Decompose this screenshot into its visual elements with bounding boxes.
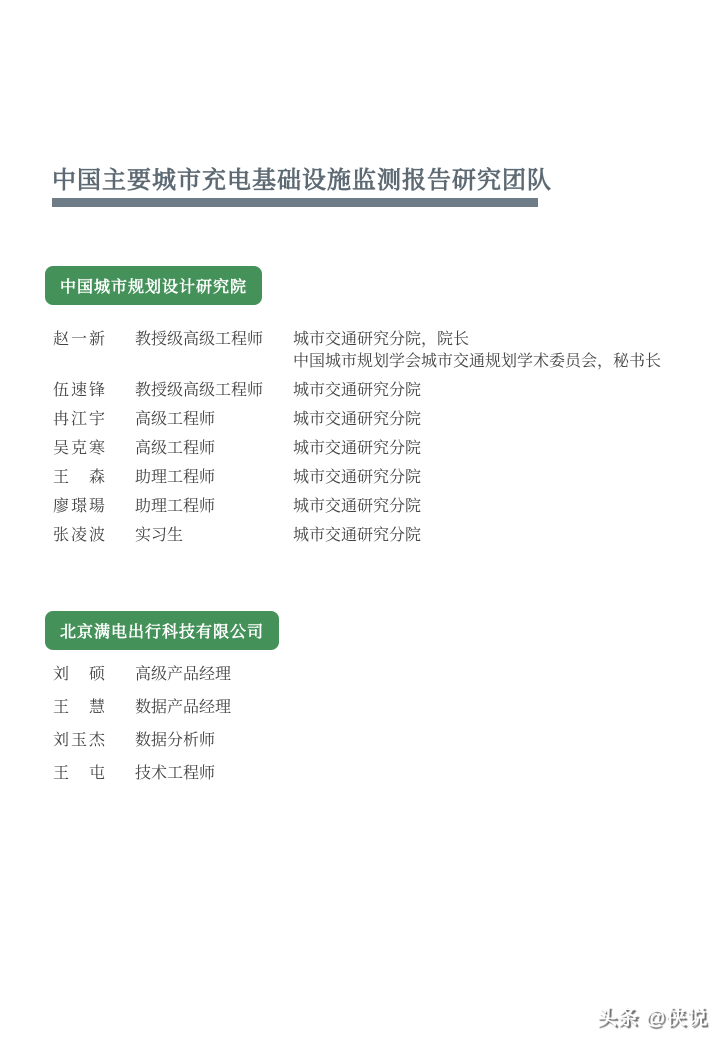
member-affiliation: 城市交通研究分院 [293, 467, 661, 489]
member-name: 王 屯 [53, 763, 135, 785]
member-row: 赵一新 教授级高级工程师 城市交通研究分院，院长 中国城市规划学会城市交通规划学… [53, 329, 661, 373]
member-row: 王 森 助理工程师 城市交通研究分院 [53, 467, 661, 489]
member-row: 冉江宇 高级工程师 城市交通研究分院 [53, 409, 661, 431]
member-title: 助理工程师 [135, 467, 293, 489]
member-name: 张凌波 [53, 525, 135, 547]
watermark: 头条 @侠说 [597, 1001, 708, 1030]
member-name: 赵一新 [53, 329, 135, 373]
member-row: 王 屯 技术工程师 [53, 763, 293, 785]
member-affiliation: 城市交通研究分院 [293, 380, 661, 402]
member-title: 实习生 [135, 525, 293, 547]
org-badge-manydian: 北京满电出行科技有限公司 [45, 611, 279, 650]
member-title: 技术工程师 [135, 763, 293, 785]
member-affiliation: 城市交通研究分院 [293, 525, 661, 547]
member-list-manydian: 刘 硕 高级产品经理 王 慧 数据产品经理 刘玉杰 数据分析师 王 屯 技术工程… [53, 664, 293, 796]
member-row: 廖璟瑒 助理工程师 城市交通研究分院 [53, 496, 661, 518]
member-name: 吴克寒 [53, 438, 135, 460]
member-name: 冉江宇 [53, 409, 135, 431]
member-title: 数据产品经理 [135, 697, 293, 719]
member-row: 王 慧 数据产品经理 [53, 697, 293, 719]
member-name: 王 森 [53, 467, 135, 489]
title-underline [52, 198, 538, 207]
title-block: 中国主要城市充电基础设施监测报告研究团队 [52, 166, 552, 207]
member-row: 刘 硕 高级产品经理 [53, 664, 293, 686]
member-name: 刘玉杰 [53, 730, 135, 752]
member-title: 高级工程师 [135, 409, 293, 431]
member-affiliation: 城市交通研究分院 [293, 438, 661, 460]
member-affiliation: 城市交通研究分院 [293, 409, 661, 431]
member-row: 刘玉杰 数据分析师 [53, 730, 293, 752]
member-affiliation: 城市交通研究分院，院长 中国城市规划学会城市交通规划学术委员会，秘书长 [293, 329, 661, 373]
member-row: 伍速锋 教授级高级工程师 城市交通研究分院 [53, 380, 661, 402]
member-list-caupd: 赵一新 教授级高级工程师 城市交通研究分院，院长 中国城市规划学会城市交通规划学… [53, 329, 661, 554]
member-row: 张凌波 实习生 城市交通研究分院 [53, 525, 661, 547]
member-title: 高级工程师 [135, 438, 293, 460]
member-name: 伍速锋 [53, 380, 135, 402]
affiliation-line: 中国城市规划学会城市交通规划学术委员会，秘书长 [293, 351, 661, 373]
page-title: 中国主要城市充电基础设施监测报告研究团队 [52, 166, 552, 196]
member-name: 王 慧 [53, 697, 135, 719]
affiliation-line: 城市交通研究分院，院长 [293, 329, 661, 351]
member-name: 廖璟瑒 [53, 496, 135, 518]
member-title: 教授级高级工程师 [135, 380, 293, 402]
member-row: 吴克寒 高级工程师 城市交通研究分院 [53, 438, 661, 460]
member-affiliation: 城市交通研究分院 [293, 496, 661, 518]
member-title: 高级产品经理 [135, 664, 293, 686]
member-title: 教授级高级工程师 [135, 329, 293, 373]
org-badge-caupd: 中国城市规划设计研究院 [45, 266, 262, 305]
member-name: 刘 硕 [53, 664, 135, 686]
member-title: 助理工程师 [135, 496, 293, 518]
report-page: 中国主要城市充电基础设施监测报告研究团队 中国城市规划设计研究院 赵一新 教授级… [0, 0, 720, 1040]
member-title: 数据分析师 [135, 730, 293, 752]
